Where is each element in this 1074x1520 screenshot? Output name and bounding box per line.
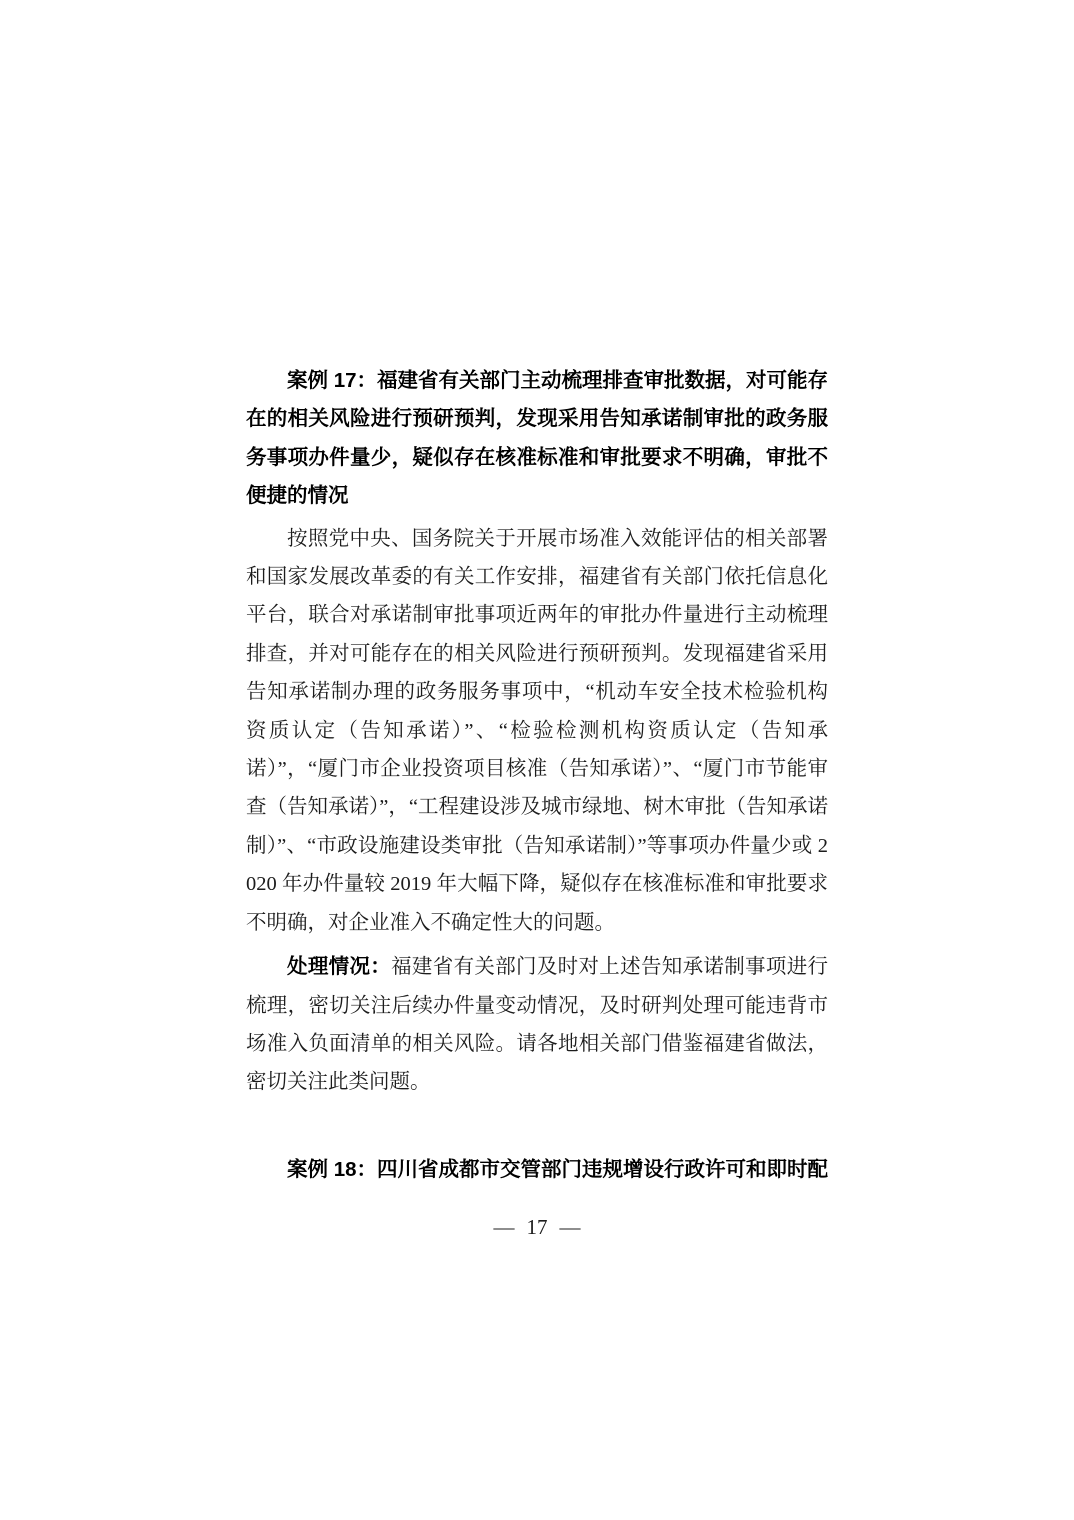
case17-heading: 案例 17：福建省有关部门主动梳理排查审批数据，对可能存在的相关风险进行预研预判… — [246, 362, 828, 516]
page-number: 17 — [527, 1215, 548, 1240]
case18-heading: 案例 18：四川省成都市交管部门违规增设行政许可和即时配 — [246, 1151, 828, 1189]
case17-handling-paragraph: 处理情况：福建省有关部门及时对上述告知承诺制事项进行梳理，密切关注后续办件量变动… — [246, 948, 828, 1102]
page-footer: —17— — [0, 1215, 1074, 1240]
footer-right-dash: — — [560, 1215, 581, 1240]
page-content: 案例 17：福建省有关部门主动梳理排查审批数据，对可能存在的相关风险进行预研预判… — [246, 362, 828, 1193]
footer-left-dash: — — [494, 1215, 515, 1240]
document-page: 案例 17：福建省有关部门主动梳理排查审批数据，对可能存在的相关风险进行预研预判… — [0, 0, 1074, 1520]
case17-handling-label: 处理情况： — [287, 955, 391, 978]
case17-paragraph-1: 按照党中央、国务院关于开展市场准入效能评估的相关部署和国家发展改革委的有关工作安… — [246, 520, 828, 942]
